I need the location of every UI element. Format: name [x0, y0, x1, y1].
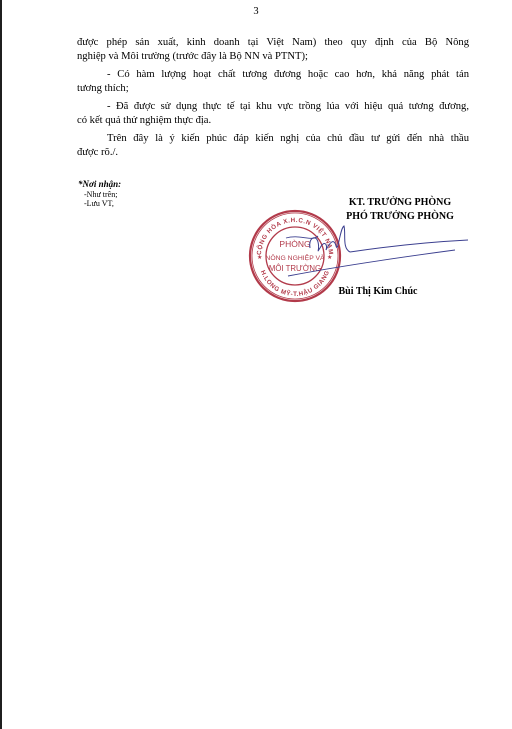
paragraph-line: tương thích; [77, 82, 469, 96]
paragraph-1: được phép sản xuất, kinh doanh tại Việt … [77, 36, 469, 63]
recipients-block: *Nơi nhận: -Như trên; -Lưu VT, [78, 180, 121, 209]
paragraph-4: Trên đây là ý kiến phúc đáp kiến nghị củ… [77, 132, 469, 159]
recipient-item: -Lưu VT, [78, 199, 121, 209]
viewer-left-edge [0, 0, 2, 729]
paragraph-line: có kết quả thử nghiệm thực địa. [77, 114, 469, 128]
paragraph-line: được phép sản xuất, kinh doanh tại Việt … [77, 36, 469, 50]
paragraph-line: được rõ./. [77, 146, 469, 160]
recipients-title: *Nơi nhận: [78, 180, 121, 190]
paragraph-line: Trên đây là ý kiến phúc đáp kiến nghị củ… [77, 132, 469, 146]
signature-title-block: KT. TRƯỞNG PHÒNG PHÓ TRƯỞNG PHÒNG [330, 196, 470, 223]
paragraph-line: - Đã được sử dụng thực tế tại khu vực tr… [77, 100, 469, 114]
paragraph-2: - Có hàm lượng hoạt chất tương đương hoặ… [77, 68, 469, 95]
signer-name: Bùi Thị Kim Chúc [330, 286, 426, 297]
svg-text:★: ★ [257, 254, 262, 261]
recipient-item: -Như trên; [78, 190, 121, 200]
signature-title-line-1: KT. TRƯỞNG PHÒNG [330, 196, 470, 210]
paragraph-line: - Có hàm lượng hoạt chất tương đương hoặ… [77, 68, 469, 82]
page-number: 3 [0, 6, 512, 17]
handwritten-signature-icon [280, 220, 470, 280]
paragraph-3: - Đã được sử dụng thực tế tại khu vực tr… [77, 100, 469, 127]
paragraph-line: nghiệp và Môi trường (trước đây là Bộ NN… [77, 50, 469, 64]
